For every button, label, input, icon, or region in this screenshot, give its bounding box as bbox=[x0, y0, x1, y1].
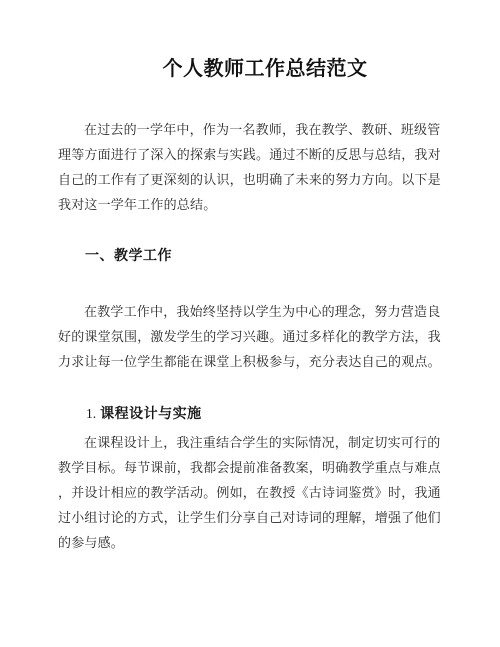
text-line: 过小组讨论的方式，让学生们分享自己对诗词的理解，增强了他们 bbox=[58, 505, 442, 530]
section-heading-teaching-work: 一、教学工作 bbox=[85, 244, 442, 269]
text-line: 在课程设计上，我注重结合学生的实际情况，制定切实可行的 bbox=[58, 430, 442, 455]
text-line: 自己的工作有了更深刻的认识，也明确了未来的努力方向。以下是 bbox=[58, 167, 442, 192]
text-line: ，并设计相应的教学活动。例如，在教授《古诗词鉴赏》时，我通 bbox=[58, 480, 442, 505]
text-line: 力求让每一位学生都能在课堂上积极参与，充分表达自己的观点。 bbox=[58, 349, 442, 374]
document-page: 个人教师工作总结范文 在过去的一学年中，作为一名教师，我在教学、教研、班级管理等… bbox=[0, 0, 500, 647]
intro-paragraph: 在过去的一学年中，作为一名教师，我在教学、教研、班级管理等方面进行了深入的探索与… bbox=[58, 117, 442, 217]
document-title: 个人教师工作总结范文 bbox=[58, 54, 442, 84]
text-line: 理等方面进行了深入的探索与实践。通过不断的反思与总结，我对 bbox=[58, 142, 442, 167]
text-line: 在教学工作中，我始终坚持以学生为中心的理念，努力营造良 bbox=[58, 299, 442, 324]
subsection-label: 课程设计与实施 bbox=[100, 407, 202, 422]
text-line: 我对这一学年工作的总结。 bbox=[58, 192, 442, 217]
text-line: 的参与感。 bbox=[58, 530, 442, 555]
teaching-work-paragraph: 在教学工作中，我始终坚持以学生为中心的理念，努力营造良好的课堂氛围，激发学生的学… bbox=[58, 299, 442, 374]
subsection-number: 1. bbox=[86, 406, 96, 421]
text-line: 教学目标。每节课前，我都会提前准备教案，明确教学重点与难点 bbox=[58, 455, 442, 480]
course-design-paragraph: 在课程设计上，我注重结合学生的实际情况，制定切实可行的教学目标。每节课前，我都会… bbox=[58, 430, 442, 555]
text-line: 在过去的一学年中，作为一名教师，我在教学、教研、班级管 bbox=[58, 117, 442, 142]
subsection-heading-course-design: 1.课程设计与实施 bbox=[86, 401, 442, 427]
text-line: 好的课堂氛围，激发学生的学习兴趣。通过多样化的教学方法，我 bbox=[58, 324, 442, 349]
